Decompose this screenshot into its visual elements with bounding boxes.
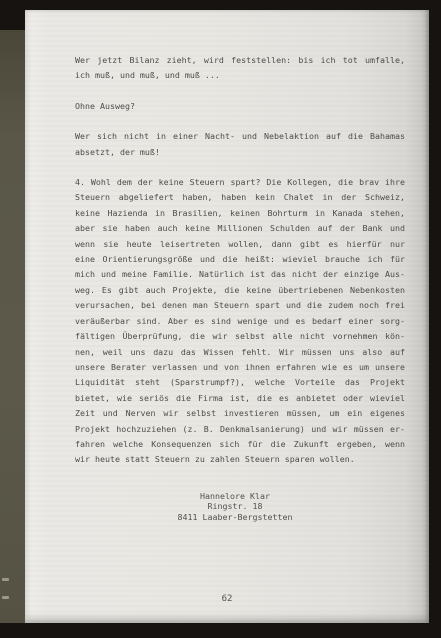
text-line: wenn sie heute leisertreten wollen, dann… xyxy=(75,237,405,252)
text-line: wir heute statt Steuern zu zahlen Steuer… xyxy=(75,452,405,467)
text-line: weg. Es gibt auch Projekte, die keine üb… xyxy=(75,283,405,298)
spine-scuff-mark xyxy=(2,578,9,581)
text-line: keine Hazienda in Brasilien, keinen Bohr… xyxy=(75,206,405,221)
text-line: mich und meine Familie. Natürlich ist da… xyxy=(75,267,405,282)
page-number: 62 xyxy=(25,593,429,605)
text-line: Liquidität steht (Sparstrumpf?), welche … xyxy=(75,375,405,390)
text-line: nen, weil uns dazu das Wissen fehlt. Wir… xyxy=(75,345,405,360)
text-line: Wer sich nicht in einer Nacht- und Nebel… xyxy=(75,129,405,144)
paragraph: 4. Wohl dem der keine Steuern spart? Die… xyxy=(75,175,405,468)
text-line: Wer jetzt Bilanz zieht, wird feststellen… xyxy=(75,53,405,68)
text-line: bietet, wie seriös die Firma ist, die es… xyxy=(75,391,405,406)
book-spine-edge xyxy=(0,30,27,623)
paragraph: Wer jetzt Bilanz zieht, wird feststellen… xyxy=(75,53,405,84)
text-line: fältigen Überprüfung, die wir selbst all… xyxy=(75,329,405,344)
address-block: Hannelore KlarRingstr. 188411 Laaber-Ber… xyxy=(65,491,405,522)
scanned-book-page: Wer jetzt Bilanz zieht, wird feststellen… xyxy=(0,0,441,638)
address-line: Hannelore Klar xyxy=(65,491,405,501)
text-line: fahren welche Konsequenzen sich für die … xyxy=(75,437,405,452)
address-line: Ringstr. 18 xyxy=(65,501,405,511)
spine-scuff-mark xyxy=(2,596,9,599)
text-line: Projekt hochzuziehen (z. B. Denkmalsanie… xyxy=(75,422,405,437)
text-line: Ohne Ausweg? xyxy=(75,99,405,114)
text-line: eine Orientierungsgröße und die heißt: w… xyxy=(75,252,405,267)
address-line: 8411 Laaber-Bergstetten xyxy=(65,512,405,522)
text-line: Steuern abgeliefert haben, haben kein Ch… xyxy=(75,190,405,205)
text-line: verursachen, bei denen man Steuern spart… xyxy=(75,298,405,313)
page-paper: Wer jetzt Bilanz zieht, wird feststellen… xyxy=(25,10,429,623)
body-text: Wer jetzt Bilanz zieht, wird feststellen… xyxy=(75,53,405,468)
paragraph: Ohne Ausweg? xyxy=(75,99,405,114)
text-line: ich muß, und muß, und muß ... xyxy=(75,68,405,83)
text-line: 4. Wohl dem der keine Steuern spart? Die… xyxy=(75,175,405,190)
text-line: veräußerbar sind. Aber es sind wenige un… xyxy=(75,314,405,329)
text-line: unsere Berater verlassen und von ihnen e… xyxy=(75,360,405,375)
text-line: aber sie haben auch keine Millionen Schu… xyxy=(75,221,405,236)
paragraph: Wer sich nicht in einer Nacht- und Nebel… xyxy=(75,129,405,160)
text-line: Zeit und Nerven wir selbst investieren m… xyxy=(75,406,405,421)
text-line: absetzt, der muß! xyxy=(75,145,405,160)
